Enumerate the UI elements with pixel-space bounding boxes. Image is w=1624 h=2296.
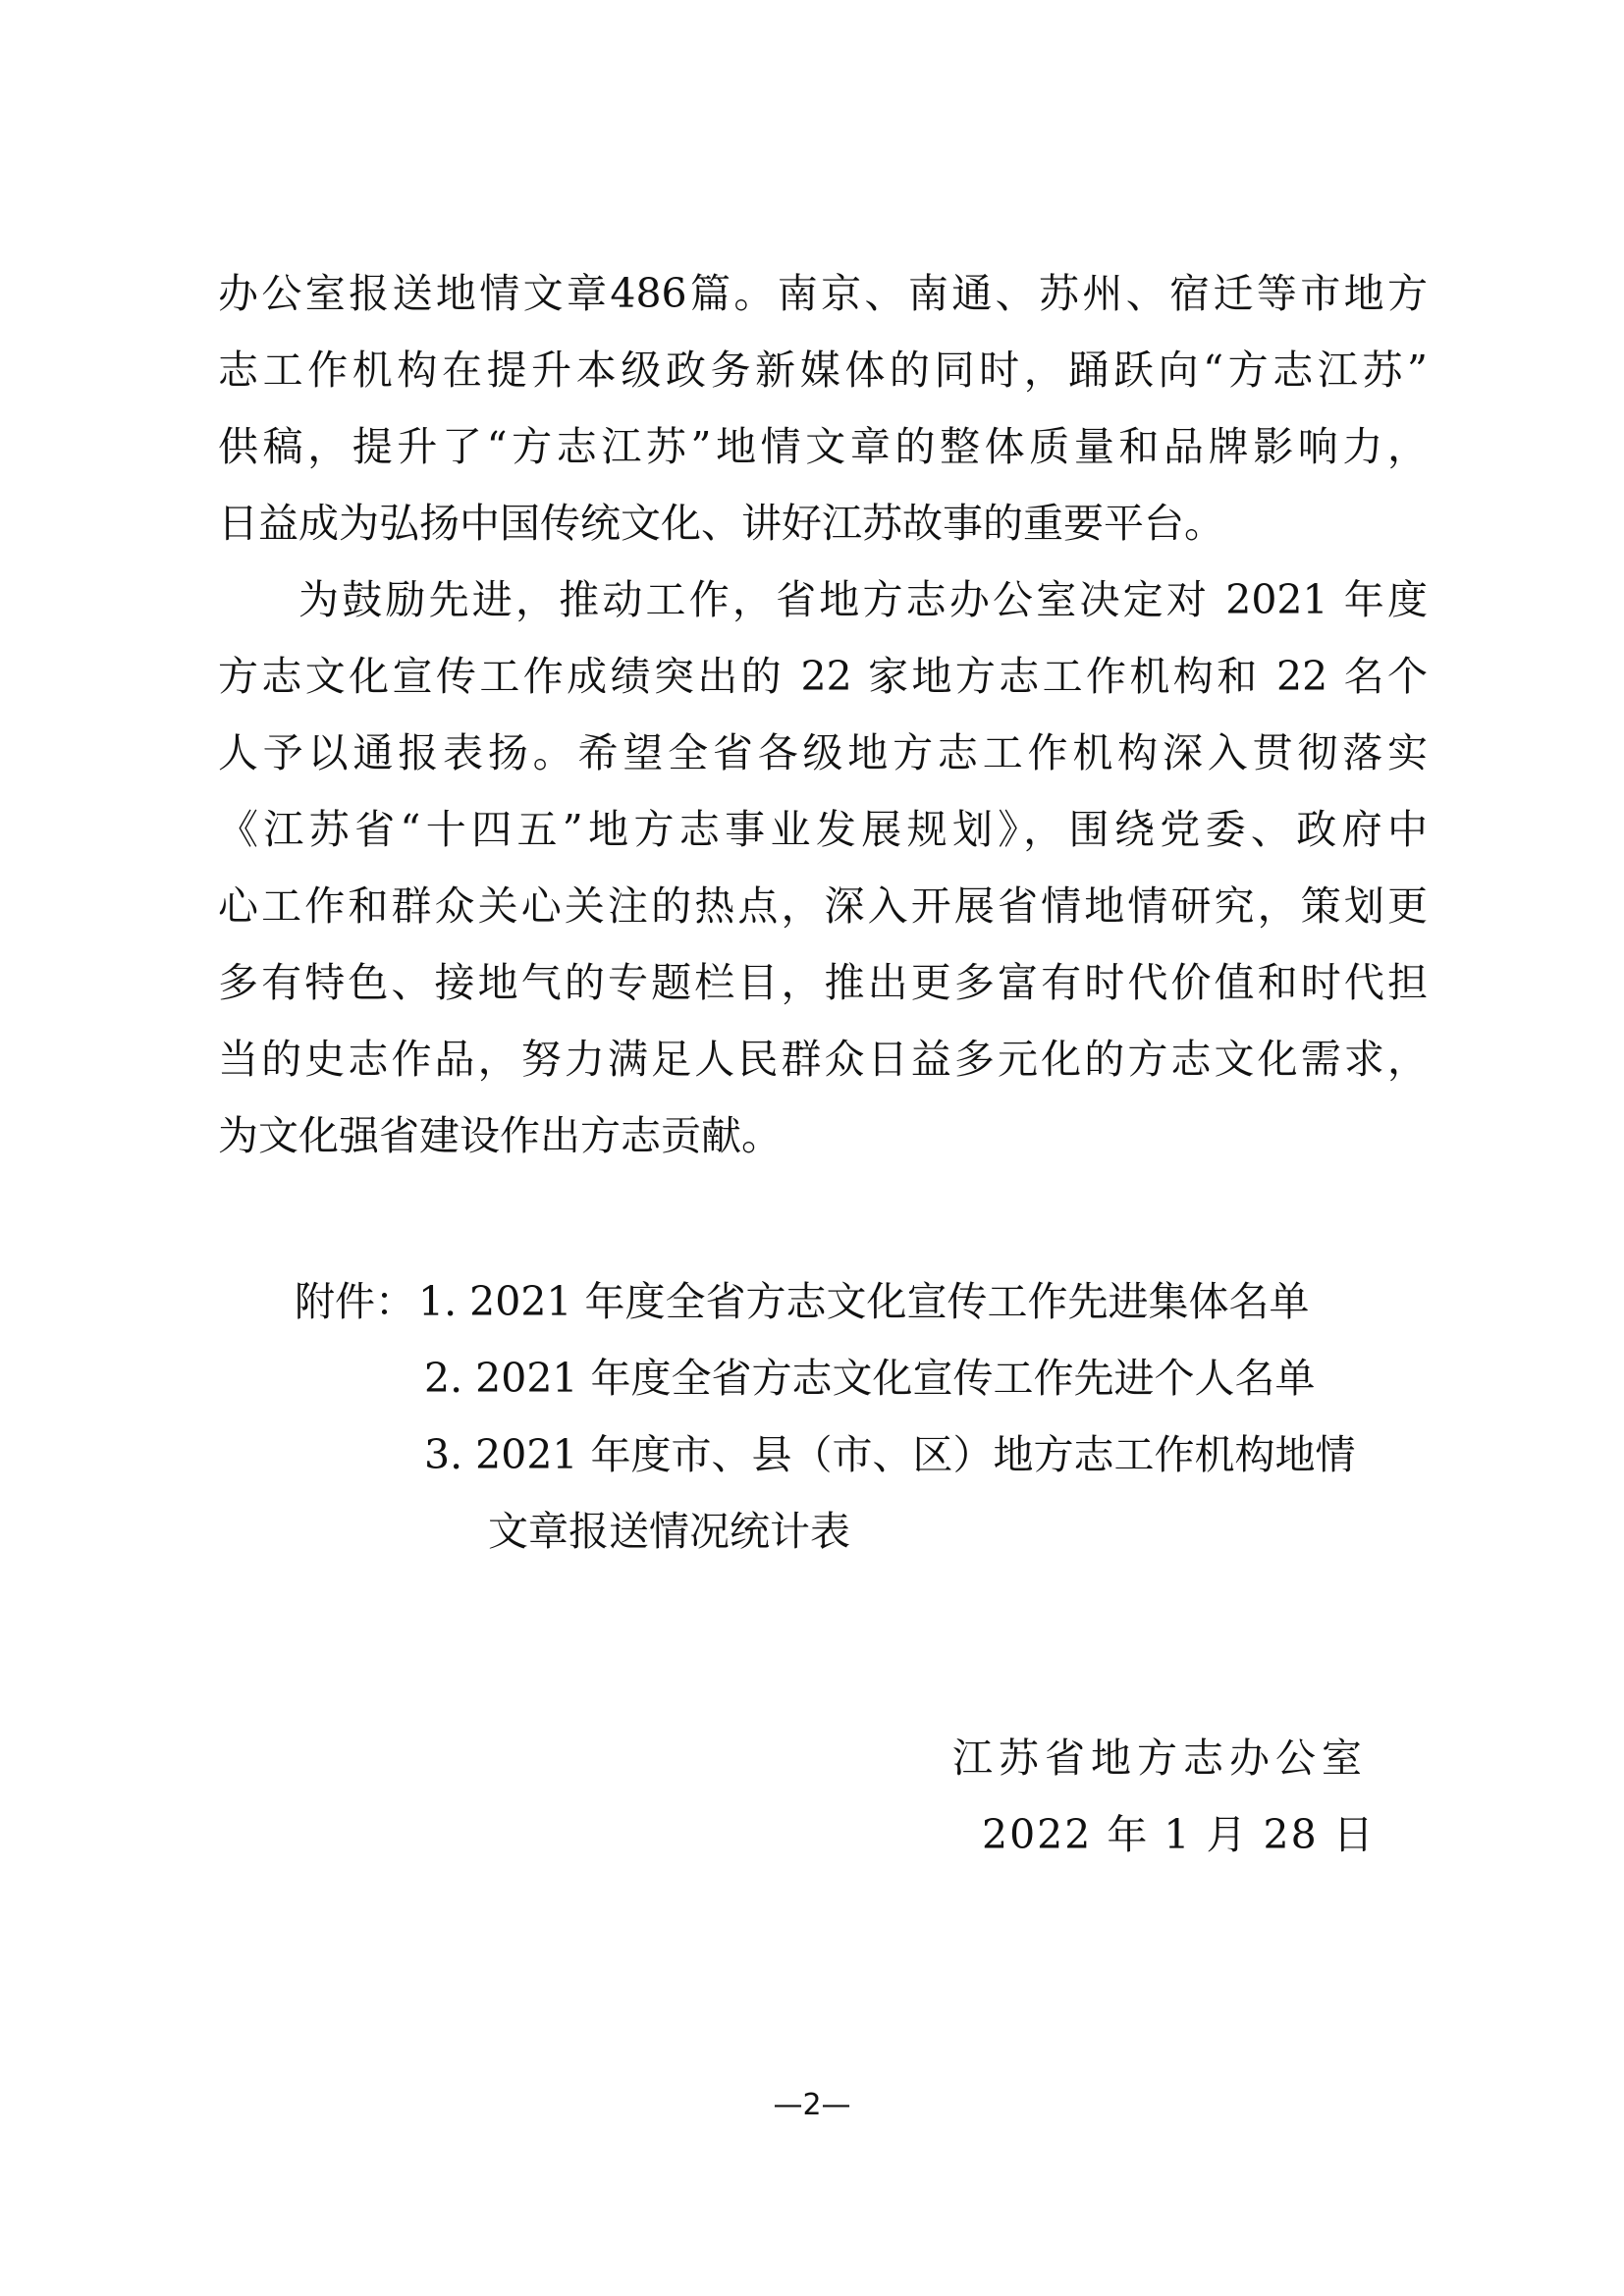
- paragraph-line: 当的史志作品，努力满足人民群众日益多元化的方志文化需求，: [218, 1035, 1428, 1084]
- paragraph-line: 多有特色、接地气的专题栏目，推出更多富有时代价值和时代担: [218, 958, 1428, 1007]
- attachment-item: 2. 2021 年度全省方志文化宣传工作先进个人名单: [424, 1354, 1316, 1403]
- attachment-item-continuation: 文章报送情况统计表: [488, 1507, 850, 1556]
- document-page: 办公室报送地情文章486篇。南京、南通、苏州、宿迁等市地方 志工作机构在提升本级…: [0, 0, 1624, 2296]
- issue-date: 2022 年 1 月 28 日: [982, 1810, 1376, 1859]
- paragraph-line: 日益成为弘扬中国传统文化、讲好江苏故事的重要平台。: [218, 499, 1428, 548]
- attachments-label: 附件：: [295, 1277, 415, 1326]
- issuing-organization: 江苏省地方志办公室: [952, 1734, 1368, 1783]
- paragraph-line: 供稿，提升了“方志江苏”地情文章的整体质量和品牌影响力，: [218, 422, 1428, 471]
- page-number: —2—: [763, 2086, 861, 2125]
- attachment-item: 3. 2021 年度市、县（市、区）地方志工作机构地情: [424, 1430, 1356, 1479]
- paragraph-line: 心工作和群众关心关注的热点，深入开展省情地情研究，策划更: [218, 881, 1428, 931]
- paragraph-line: 为文化强省建设作出方志贡献。: [218, 1111, 1428, 1160]
- paragraph-line: 办公室报送地情文章486篇。南京、南通、苏州、宿迁等市地方: [218, 269, 1428, 318]
- paragraph-line: 《江苏省“十四五”地方志事业发展规划》，围绕党委、政府中: [218, 805, 1428, 854]
- paragraph-line: 为鼓励先进，推动工作，省地方志办公室决定对 2021 年度: [298, 575, 1428, 624]
- paragraph-line: 人予以通报表扬。希望全省各级地方志工作机构深入贯彻落实: [218, 728, 1428, 777]
- attachment-item: 1. 2021 年度全省方志文化宣传工作先进集体名单: [418, 1277, 1310, 1326]
- paragraph-line: 方志文化宣传工作成绩突出的 22 家地方志工作机构和 22 名个: [218, 652, 1428, 701]
- paragraph-line: 志工作机构在提升本级政务新媒体的同时，踊跃向“方志江苏”: [218, 346, 1428, 395]
